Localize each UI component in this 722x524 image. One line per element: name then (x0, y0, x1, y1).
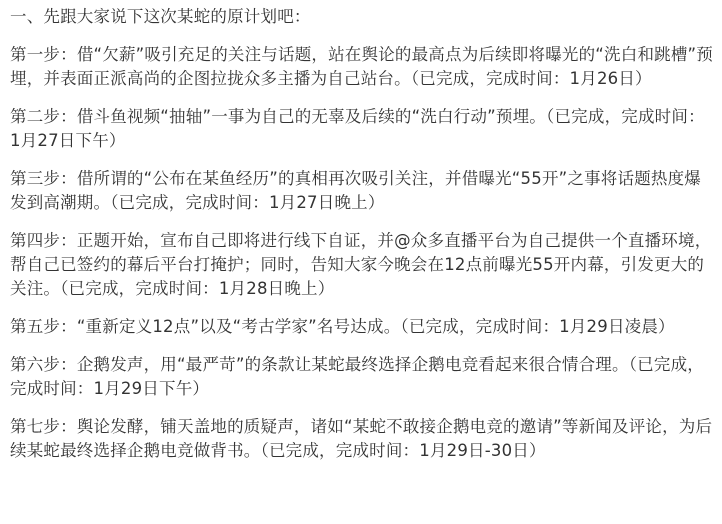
article-body: 一、先跟大家说下这次某蛇的原计划吧： 第一步：借“欠薪”吸引充足的关注与话题，站… (0, 0, 722, 463)
step-2: 第二步：借斗鱼视频“抽轴”一事为自己的无辜及后续的“洗白行动”预埋。（已完成，完… (10, 105, 714, 153)
step-text: 借斗鱼视频“抽轴”一事为自己的无辜及后续的“洗白行动”预埋。 (77, 107, 546, 126)
step-label: 第七步： (10, 417, 77, 436)
step-label: 第三步： (10, 169, 77, 188)
step-label: 第四步： (10, 231, 77, 250)
section-heading: 一、先跟大家说下这次某蛇的原计划吧： (10, 5, 714, 29)
step-1: 第一步：借“欠薪”吸引充足的关注与话题，站在舆论的最高点为后续即将曝光的“洗白和… (10, 43, 714, 91)
step-status: （已完成，完成时间：1月27日晚上） (110, 193, 384, 212)
step-status: （已完成，完成时间：1月29日-30日） (261, 441, 546, 460)
step-label: 第六步： (10, 355, 77, 374)
step-3: 第三步：借所谓的“公布在某鱼经历”的真相再次吸引关注，并借曝光“55开”之事将话… (10, 167, 714, 215)
step-text: “重新定义12点”以及“考古学家”名号达成。 (77, 317, 401, 336)
step-status: （已完成，完成时间：1月28日晚上） (60, 279, 334, 298)
step-status: （已完成，完成时间：1月29日凌晨） (400, 317, 674, 336)
step-6: 第六步：企鹅发声，用“最严苛”的条款让某蛇最终选择企鹅电竞看起来很合情合理。（已… (10, 353, 714, 401)
step-7: 第七步：舆论发酵，铺天盖地的质疑声，诸如“某蛇不敢接企鹅电竞的邀请”等新闻及评论… (10, 415, 714, 463)
step-4: 第四步：正题开始，宣布自己即将进行线下自证，并@众多直播平台为自己提供一个直播环… (10, 229, 714, 301)
step-label: 第二步： (10, 107, 77, 126)
step-5: 第五步：“重新定义12点”以及“考古学家”名号达成。（已完成，完成时间：1月29… (10, 315, 714, 339)
step-status: （已完成，完成时间：1月26日） (411, 69, 652, 88)
step-label: 第五步： (10, 317, 77, 336)
step-text: 企鹅发声，用“最严苛”的条款让某蛇最终选择企鹅电竞看起来很合情合理。 (77, 355, 629, 374)
step-label: 第一步： (10, 45, 77, 64)
